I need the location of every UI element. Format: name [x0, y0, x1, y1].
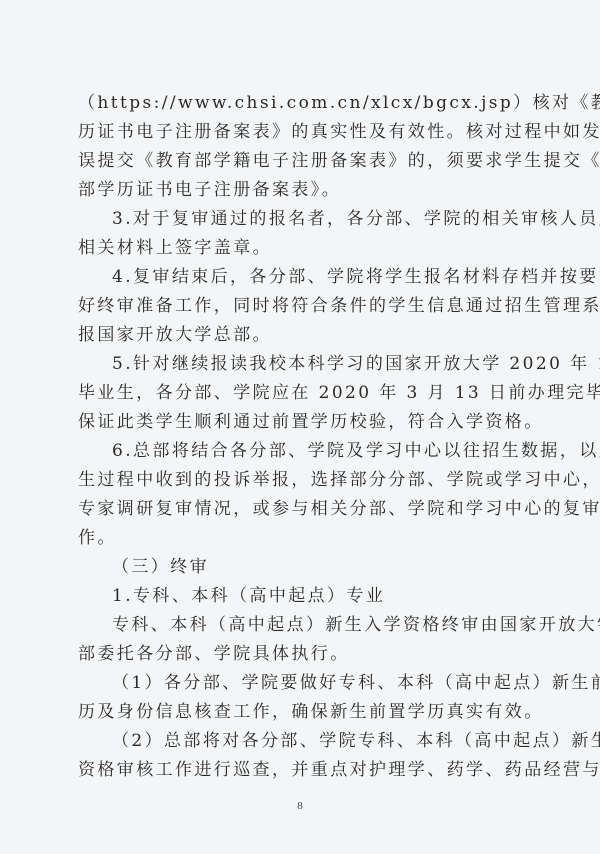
paragraph-line: 作。 — [78, 524, 520, 553]
item-5-line: 5.针对继续报读我校本科学习的国家开放大学 2020 年 1 月专科 — [78, 350, 520, 379]
item-6-line: 6.总部将结合各分部、学院及学习中心以往招生数据，以及招 — [78, 437, 520, 466]
paragraph-line: 生过程中收到的投诉举报，选择部分分部、学院或学习中心，委派 — [78, 466, 520, 495]
paragraph-line: 误提交《教育部学籍电子注册备案表》的，须要求学生提交《教育 — [78, 147, 520, 176]
url-text: （https://www.chsi.com.cn/xlcx/bgcx.jsp）核… — [78, 93, 600, 113]
page-number: 8 — [0, 800, 600, 812]
paragraph-line: 专科、本科（高中起点）新生入学资格终审由国家开放大学总 — [78, 611, 520, 640]
item-3-line: 3.对于复审通过的报名者，各分部、学院的相关审核人员应在 — [78, 205, 520, 234]
paragraph-line: 专家调研复审情况，或参与相关分部、学院和学习中心的复审工 — [78, 495, 520, 524]
paragraph-line: 报国家开放大学总部。 — [78, 321, 520, 350]
item-2-line: （2）总部将对各分部、学院专科、本科（高中起点）新生入学 — [78, 727, 520, 756]
subsection-heading: 1.专科、本科（高中起点）专业 — [78, 582, 520, 611]
paragraph-line: 毕业生，各分部、学院应在 2020 年 3 月 13 日前办理完毕业手续， — [78, 379, 520, 408]
item-4-line: 4.复审结束后，各分部、学院将学生报名材料存档并按要求做 — [78, 263, 520, 292]
paragraph-line: （https://www.chsi.com.cn/xlcx/bgcx.jsp）核… — [78, 89, 520, 118]
paragraph-line: 好终审准备工作，同时将符合条件的学生信息通过招生管理系统上 — [78, 292, 520, 321]
document-body: （https://www.chsi.com.cn/xlcx/bgcx.jsp）核… — [78, 89, 520, 785]
paragraph-line: 保证此类学生顺利通过前置学历校验，符合入学资格。 — [78, 408, 520, 437]
paragraph-line: 历证书电子注册备案表》的真实性及有效性。核对过程中如发现错 — [78, 118, 520, 147]
paragraph-line: 部学历证书电子注册备案表》。 — [78, 176, 520, 205]
section-heading: （三）终审 — [78, 553, 520, 582]
paragraph-line: 相关材料上签字盖章。 — [78, 234, 520, 263]
paragraph-line: 历及身份信息核查工作，确保新生前置学历真实有效。 — [78, 698, 520, 727]
paragraph-line: 资格审核工作进行巡查，并重点对护理学、药学、药品经营与管理 — [78, 756, 520, 785]
item-1-line: （1）各分部、学院要做好专科、本科（高中起点）新生前置学 — [78, 669, 520, 698]
paragraph-line: 部委托各分部、学院具体执行。 — [78, 640, 520, 669]
